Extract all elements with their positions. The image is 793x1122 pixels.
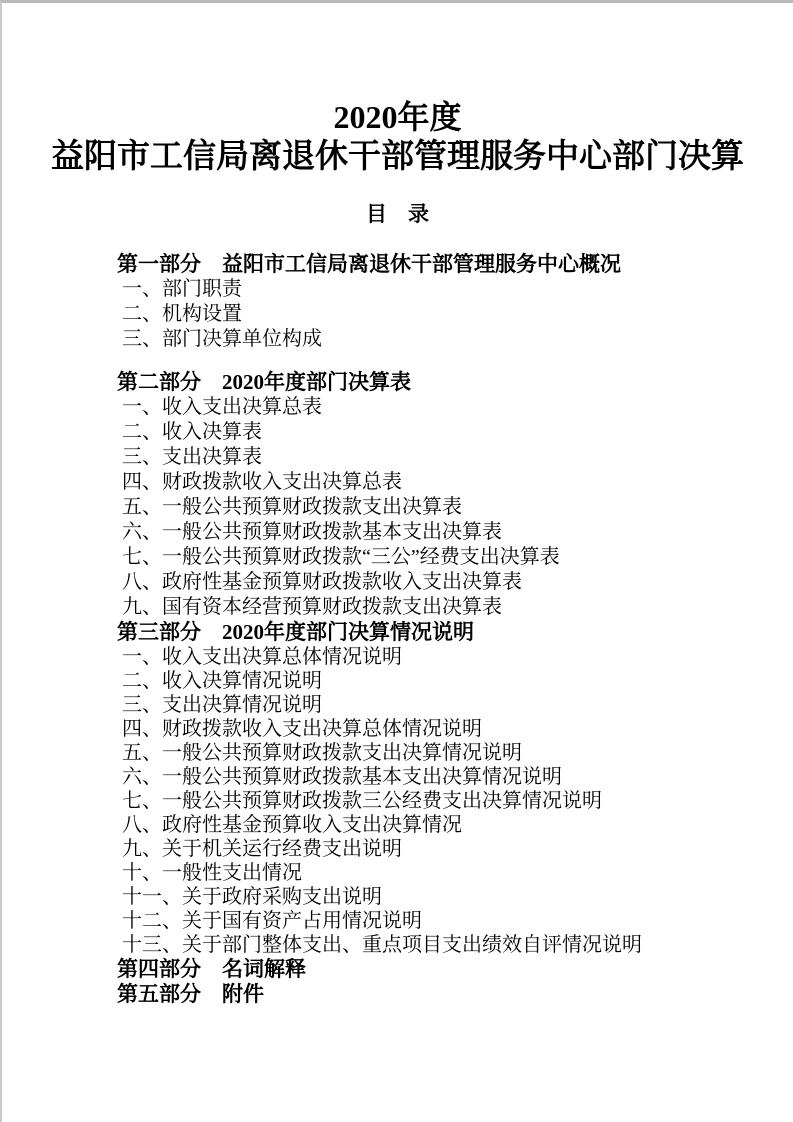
toc-item: 二、收入决算表: [2, 420, 793, 445]
toc-item: 八、政府性基金预算财政拨款收入支出决算表: [2, 570, 793, 595]
toc-item: 三、支出决算表: [2, 445, 793, 470]
document-title-year: 2020年度: [2, 98, 793, 136]
toc-item: 十二、关于国有资产占用情况说明: [2, 909, 793, 933]
toc-item: 六、一般公共预算财政拨款基本支出决算情况说明: [2, 765, 793, 789]
toc-item: 十一、关于政府采购支出说明: [2, 885, 793, 909]
toc-section-heading: 第三部分 2020年度部门决算情况说明: [2, 620, 793, 645]
toc-item: 三、支出决算情况说明: [2, 693, 793, 717]
toc-item: 五、一般公共预算财政拨款支出决算情况说明: [2, 741, 793, 765]
toc-item: 十三、关于部门整体支出、重点项目支出绩效自评情况说明: [2, 933, 793, 957]
toc-item: 二、收入决算情况说明: [2, 669, 793, 693]
toc-item: 七、一般公共预算财政拨款三公经费支出决算情况说明: [2, 789, 793, 813]
toc-item: 九、关于机关运行经费支出说明: [2, 837, 793, 861]
document-page: 2020年度 益阳市工信局离退休干部管理服务中心部门决算 目 录 第一部分 益阳…: [0, 0, 793, 1122]
toc-section-heading: 第二部分 2020年度部门决算表: [2, 370, 793, 395]
toc-section: 第二部分 2020年度部门决算表一、收入支出决算总表二、收入决算表三、支出决算表…: [2, 370, 793, 620]
toc-section-heading: 第一部分 益阳市工信局离退休干部管理服务中心概况: [2, 252, 793, 277]
toc-item: 六、一般公共预算财政拨款基本支出决算表: [2, 520, 793, 545]
toc-item: 八、政府性基金预算收入支出决算情况: [2, 813, 793, 837]
toc-section: 第一部分 益阳市工信局离退休干部管理服务中心概况一、部门职责二、机构设置三、部门…: [2, 252, 793, 352]
toc-item: 四、财政拨款收入支出决算总表: [2, 470, 793, 495]
toc-item: 九、国有资本经营预算财政拨款支出决算表: [2, 595, 793, 620]
toc-item: 二、机构设置: [2, 302, 793, 327]
toc-section-heading: 第四部分 名词解释: [2, 957, 793, 982]
toc-section: 第三部分 2020年度部门决算情况说明一、收入支出决算总体情况说明二、收入决算情…: [2, 620, 793, 957]
toc-item: 七、一般公共预算财政拨款“三公”经费支出决算表: [2, 545, 793, 570]
toc-heading: 目 录: [2, 202, 793, 226]
toc-section-heading: 第五部分 附件: [2, 982, 793, 1007]
toc-item: 四、财政拨款收入支出决算总体情况说明: [2, 717, 793, 741]
toc-item: 十、一般性支出情况: [2, 861, 793, 885]
toc-section: 第四部分 名词解释: [2, 957, 793, 982]
toc: 第一部分 益阳市工信局离退休干部管理服务中心概况一、部门职责二、机构设置三、部门…: [2, 252, 793, 1007]
toc-item: 五、一般公共预算财政拨款支出决算表: [2, 495, 793, 520]
toc-section: 第五部分 附件: [2, 982, 793, 1007]
toc-item: 三、部门决算单位构成: [2, 327, 793, 352]
toc-item: 一、收入支出决算总体情况说明: [2, 645, 793, 669]
document-title-department: 益阳市工信局离退休干部管理服务中心部门决算: [2, 136, 793, 178]
toc-item: 一、部门职责: [2, 277, 793, 302]
toc-item: 一、收入支出决算总表: [2, 395, 793, 420]
